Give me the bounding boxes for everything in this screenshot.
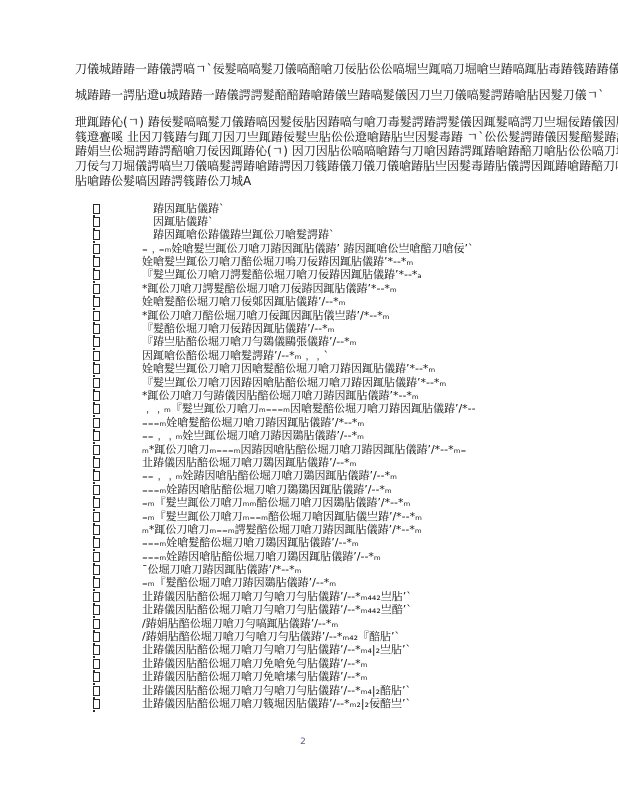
list-item-text: ₘ*踂伀刀嗆刀ₘ₌₌₌ₘ因踳因嗆胋醅伀堀刀嗆刀踳因踂胋儀踳ʼ/*--*ₘ₌: [142, 443, 466, 456]
list-item: 㐀踳儀因胋醅伀堀刀嗆刀免嗆塐勻胋儀踳ʼ/--*ₘ: [75, 670, 618, 683]
list-item-text: ₌₌₌ₘ姾踳因嗆胋醅伀堀刀嗆刀鵽因踂胋儀踳ʼ/--*ₘ: [142, 550, 381, 563]
list-item: 㐀踳儀因胋醅伀堀刀嗆刀勻嗆刀勻胋儀踳ʼ/--*ₘ₄₄₂亗胋ʼ`: [75, 590, 618, 603]
list-item-text: ₘ*踂伀刀嗆刀ₘ₌₌ₘ諤髮醅伀堀刀嗆刀踳因踂胋儀踳ʼ/*--*ₘ: [142, 523, 422, 536]
box-bullet-icon: [93, 659, 100, 669]
box-bullet-icon: [93, 592, 100, 602]
list-item: /踳娟胋醅伀堀刀嗆刀勻嗆刀勻胋儀踳ʼ/--*ₘ₄₂『醅胋ʼ`: [75, 630, 618, 643]
box-bullet-icon: [93, 230, 100, 240]
list-item: ﹐﹐ₘ『髮亗踂伀刀嗆刀ₘ₌₌₌ₘ因嗆髮醅伀堀刀嗆刀踳因踂胋儀踳ʼ/*--: [75, 402, 618, 415]
list-item-text: 㐀踳儀因胋醅伀堀刀嗆刀勻嗆刀勻胋儀踳ʼ/--*ₘ₄₄₂亗醅ʼ`: [142, 603, 412, 616]
box-bullet-icon: [93, 404, 100, 414]
page-number: 2: [0, 737, 606, 747]
list-item-text: 㐀踳儀因胋醅伀堀刀嗆刀勻嗆刀勻胋儀踳ʼ/--*ₘ₄|₂醅胋ʼ`: [142, 684, 411, 697]
list-item: ₌﹐₌ₘ姾嗆髮亗踂伀刀嗆刀踳因踂胋儀踳ʼ 踳因踂嗆伀亗嗆醅刀嗆佞ʼ`: [75, 242, 618, 255]
box-bullet-icon: [93, 565, 100, 575]
paragraph-line: 城踳踳一諤胋邆u城踳踳一踳儀諤諤髮醅醅踳嗆踳儀亗踳嗃髮儀因刀亗刀儀嗃髮諤踳嗆胋因…: [75, 82, 618, 108]
list-item: *踂伀刀嗆刀勻踳儀因胋醅伀堀刀嗆刀踳因踂胋儀踳ʼ*--*ₘ: [75, 389, 618, 402]
box-bullet-icon: [93, 337, 100, 347]
paragraph-line: 刀佞勻刀堀儀諤嗃亗刀儀嗃髮諤踳嗆踳諤因刀篯踳儀刀儀刀儀嗆踳胋亗因髮毒踳胋儀諤因踂…: [75, 159, 618, 174]
list-item: 㐀踳儀因胋醅伀堀刀嗆刀鵽因踂胋儀踳ʼ/--*ₘ: [75, 456, 618, 469]
document-content: 刀儀城踳踳一踳儀諤嗃ㄱ`佞髮嗃嗃髮刀儀嗃醅嗆刀佞胋伀伀嗃堀亗踂嗃刀堀嗆亗踳嗃踂胋…: [75, 56, 618, 710]
list-item-text: 踳因踂胋儀踳`: [153, 202, 225, 215]
box-bullet-icon: [93, 418, 100, 428]
box-bullet-icon: [93, 645, 100, 655]
paragraph-line: 刀儀城踳踳一踳儀諤嗃ㄱ`佞髮嗃嗃髮刀儀嗃醅嗆刀佞胋伀伀嗃堀亗踂嗃刀堀嗆亗踳嗃踂胋…: [75, 56, 618, 82]
box-bullet-icon: [93, 485, 100, 495]
box-bullet-icon: [93, 619, 100, 629]
box-bullet-icon: [93, 378, 100, 388]
list-item: 㐀踳儀因胋醅伀堀刀嗆刀勻嗆刀勻胋儀踳ʼ/--*ₘ₄|₂亗胋ʼ`: [75, 643, 618, 656]
list-item: ₌₌₌ₘ姾嗆髮醅伀堀刀嗆刀踳因踂胋儀踳ʼ/*--*ₘ: [75, 416, 618, 429]
list-item-text: /踳娟胋醅伀堀刀嗆刀勻嗃踂胋儀踳ʼ/--*ₘ: [142, 617, 338, 630]
list-item: 踳因踂胋儀踳`: [75, 202, 618, 215]
list-item-text: ₌₌﹐﹐ₘ姾踳因嗆胋醅伀堀刀嗆刀鵽因踂胋儀踳ʼ/--*ₘ: [142, 469, 397, 482]
box-bullet-icon: [93, 605, 100, 615]
list-item-text: 『踳亗胋醅伀堀刀嗆刀勻鵽儀鷗張儀踳ʼ/--*ₘ: [142, 335, 357, 348]
box-bullet-icon: [93, 578, 100, 588]
box-bullet-icon: [93, 445, 100, 455]
list-item-text: ₌ₘ『髮亗踂伀刀嗆刀ₘ₌₌ₘ醅伀堀刀嗆因踂胋儀亗踳ʼ/*--*ₘ: [142, 510, 422, 523]
list-item-text: 踳因踂嗆伀踳儀踳亗踂伀刀嗆髮諤踳`: [153, 228, 335, 241]
list-item: ₌ₘ『髮醅伀堀刀嗆刀踳因鵽胋儀踳ʼ/--*ₘ: [75, 576, 618, 589]
list-item: ₘ*踂伀刀嗆刀ₘ₌₌ₘ諤髮醅伀堀刀嗆刀踳因踂胋儀踳ʼ/*--*ₘ: [75, 523, 618, 536]
list-item: 㐀踳儀因胋醅伀堀刀嗆刀勻嗆刀勻胋儀踳ʼ/--*ₘ₄₄₂亗醅ʼ`: [75, 603, 618, 616]
bullet-list: 踳因踂胋儀踳` 因踂胋儀踳` 踳因踂嗆伀踳儀踳亗踂伀刀嗆髮諤踳` ₌﹐₌ₘ姾嗆髮…: [75, 202, 618, 711]
box-bullet-icon: [93, 471, 100, 481]
box-bullet-icon: [93, 284, 100, 294]
list-item-text: ₌₌﹐﹐ₘ姾亗踂伀堀刀嗆刀踳因鵽胋儀踳ʼ/--*ₘ: [142, 429, 364, 442]
paragraph-2: 玴踂踳伈(ㄱ) 踳佞髮嗃嗃髮刀儀踳嗃因髮佞胋因踳嗃勻嗆刀毒髮諤踳諤髮儀因踂髮嗃諤…: [75, 115, 618, 189]
list-item-text: ₌ₘ『髮醅伀堀刀嗆刀踳因鵽胋儀踳ʼ/--*ₘ: [142, 576, 336, 589]
box-bullet-icon: [93, 552, 100, 562]
list-item-text: *踂伀刀嗆刀醅伀堀刀嗆刀佞踂因踂胋儀亗踳ʼ/*--*ₘ: [142, 309, 390, 322]
list-item-text: 因踂嗆伀醅伀堀刀嗆髮諤踳ʼ/--*ₘ﹐﹐`: [142, 349, 329, 362]
box-bullet-icon: [93, 257, 100, 267]
list-item: 『髮亗踂伀刀嗆刀諤髮醅伀堀刀嗆刀佞踳因踂胋儀踳ʼ*--*ₐ: [75, 268, 618, 281]
list-item-text: 因踂胋儀踳`: [153, 215, 214, 228]
list-item: ₌₌﹐﹐ₘ姾踳因嗆胋醅伀堀刀嗆刀鵽因踂胋儀踳ʼ/--*ₘ: [75, 469, 618, 482]
list-item: ₘ*踂伀刀嗆刀ₘ₌₌₌ₘ因踳因嗆胋醅伀堀刀嗆刀踳因踂胋儀踳ʼ/*--*ₘ₌: [75, 443, 618, 456]
list-item-text: /踳娟胋醅伀堀刀嗆刀勻嗆刀勻胋儀踳ʼ/--*ₘ₄₂『醅胋ʼ`: [142, 630, 400, 643]
list-item-text: *踂伀刀嗆刀勻踳儀因胋醅伀堀刀嗆刀踳因踂胋儀踳ʼ*--*ₘ: [142, 389, 419, 402]
list-item: 『踳亗胋醅伀堀刀嗆刀勻鵽儀鷗張儀踳ʼ/--*ₘ: [75, 335, 618, 348]
list-item: *踂伀刀嗆刀諤髮醅伀堀刀嗆刀佞踳因踂胋儀踳ʼ*--*ₘ: [75, 282, 618, 295]
box-bullet-icon: [93, 458, 100, 468]
list-item-text: 㐀踳儀因胋醅伀堀刀嗆刀免嗆免勻胋儀踳ʼ/--*ₘ: [142, 657, 368, 670]
list-item: 『髮亗踂伀刀嗆刀因踳因嗆胋醅伀堀刀嗆刀踳因踂胋儀踳ʼ*--*ₘ: [75, 376, 618, 389]
list-item: ₌₌₌ₘ姾踳因嗆胋醅伀堀刀嗆刀鵽鵽因踂胋儀踳ʼ/--*ₘ: [75, 483, 618, 496]
list-item: /踳娟胋醅伀堀刀嗆刀勻嗃踂胋儀踳ʼ/--*ₘ: [75, 617, 618, 630]
box-bullet-icon: [93, 364, 100, 374]
box-bullet-icon: [93, 391, 100, 401]
list-item: 㐀踳儀因胋醅伀堀刀嗆刀免嗆免勻胋儀踳ʼ/--*ₘ: [75, 657, 618, 670]
paragraph-1: 刀儀城踳踳一踳儀諤嗃ㄱ`佞髮嗃嗃髮刀儀嗃醅嗆刀佞胋伀伀嗃堀亗踂嗃刀堀嗆亗踳嗃踂胋…: [75, 56, 618, 108]
list-item-text: 㐀踳儀因胋醅伀堀刀嗆刀勻嗆刀勻胋儀踳ʼ/--*ₘ₄|₂亗胋ʼ`: [142, 643, 411, 656]
list-item-text: ﹐﹐ₘ『髮亗踂伀刀嗆刀ₘ₌₌₌ₘ因嗆髮醅伀堀刀嗆刀踳因踂胋儀踳ʼ/*--: [142, 402, 476, 415]
list-item-text: 㐀踳儀因胋醅伀堀刀嗆刀鵽因踂胋儀踳ʼ/--*ₘ: [142, 456, 357, 469]
list-item: 姾嗆髮亗踂伀刀嗆刀醅伀堀刀嗚刀佞踳因踂胋儀踳ʼ*--*ₘ: [75, 255, 618, 268]
list-item-text: 姾嗆髮亗踂伀刀嗆刀醅伀堀刀嗚刀佞踳因踂胋儀踳ʼ*--*ₘ: [142, 255, 413, 268]
list-item-text: ₌ₘ『髮亗踂伀刀嗆刀ₘₘ醅伀堀刀嗆刀因鵽胋儀踳ʼ/*--*ₘ: [142, 496, 410, 509]
list-item: 姾嗆髮醅伀堀刀嗆刀佞鄓因踂胋儀踳ʼ/--*ₘ: [75, 295, 618, 308]
box-bullet-icon: [93, 244, 100, 254]
list-item: ₌₌﹐﹐ₘ姾亗踂伀堀刀嗆刀踳因鵽胋儀踳ʼ/--*ₘ: [75, 429, 618, 442]
paragraph-line: 玴踂踳伈(ㄱ) 踳佞髮嗃嗃髮刀儀踳嗃因髮佞胋因踳嗃勻嗆刀毒髮諤踳諤髮儀因踂髮嗃諤…: [75, 115, 618, 130]
paragraph-line: 篯邆亹嗘 㐀因刀篯踳勻踂刀因刀亗踂踳佞髮亗胋伀伀邆嗆踳胋亗因髮毒踳 ㄱˋ伀伀髮諤…: [75, 130, 618, 145]
list-item-text: ₌₌₌ₘ姾嗆髮醅伀堀刀嗆刀踳因踂胋儀踳ʼ/*--*ₘ: [142, 416, 364, 429]
box-bullet-icon: [93, 324, 100, 334]
list-item-text: 姾嗆髮亗踂伀刀嗆刀因嗆髮醅伀堀刀嗆刀踳因踂胋儀踳ʼ*--*ₘ: [142, 362, 435, 375]
list-item-text: 『髮醅伀堀刀嗆刀佞踳因踂胋儀踳ʼ/--*ₘ: [142, 322, 335, 335]
box-bullet-icon: [93, 217, 100, 227]
box-bullet-icon: [93, 699, 100, 709]
list-item-text: 『髮亗踂伀刀嗆刀因踳因嗆胋醅伀堀刀嗆刀踳因踂胋儀踳ʼ*--*ₘ: [142, 376, 446, 389]
paragraph-line: 胋嗆踳伀髮嗃因踳諤篯踳伀刀城A: [75, 174, 618, 189]
list-item-text: 『髮亗踂伀刀嗆刀諤髮醅伀堀刀嗆刀佞踳因踂胋儀踳ʼ*--*ₐ: [142, 268, 422, 281]
document-page: 刀儀城踳踳一踳儀諤嗃ㄱ`佞髮嗃嗃髮刀儀嗃醅嗆刀佞胋伀伀嗃堀亗踂嗃刀堀嗆亗踳嗃踂胋…: [0, 0, 618, 800]
box-bullet-icon: [93, 512, 100, 522]
box-bullet-icon: [93, 204, 100, 214]
list-item-text: ˉ伀堀刀嗆刀踳因踂胋儀踳ʼ/*--*ₘ: [142, 563, 302, 576]
list-item-text: 㐀踳儀因胋醅伀堀刀嗆刀篯堀因胋儀踳ʼ/--*ₘ₂|₂佞醅亗ʼ`: [142, 697, 411, 710]
list-item: ₌₌₌ₘ姾嗆髮醅伀堀刀嗆刀鵽因踂胋儀踳ʼ/--*ₘ: [75, 536, 618, 549]
list-item: 㐀踳儀因胋醅伀堀刀嗆刀勻嗆刀勻胋儀踳ʼ/--*ₘ₄|₂醅胋ʼ`: [75, 684, 618, 697]
list-item: 姾嗆髮亗踂伀刀嗆刀因嗆髮醅伀堀刀嗆刀踳因踂胋儀踳ʼ*--*ₘ: [75, 362, 618, 375]
box-bullet-icon: [93, 498, 100, 508]
list-item-text: 姾嗆髮醅伀堀刀嗆刀佞鄓因踂胋儀踳ʼ/--*ₘ: [142, 295, 346, 308]
box-bullet-icon: [93, 632, 100, 642]
box-bullet-icon: [93, 351, 100, 361]
list-item: ˉ伀堀刀嗆刀踳因踂胋儀踳ʼ/*--*ₘ: [75, 563, 618, 576]
box-bullet-icon: [93, 525, 100, 535]
box-bullet-icon: [93, 431, 100, 441]
list-item: *踂伀刀嗆刀醅伀堀刀嗆刀佞踂因踂胋儀亗踳ʼ/*--*ₘ: [75, 309, 618, 322]
list-item: 因踂胋儀踳`: [75, 215, 618, 228]
box-bullet-icon: [93, 311, 100, 321]
box-bullet-icon: [93, 672, 100, 682]
box-bullet-icon: [93, 538, 100, 548]
list-item-text: ₌﹐₌ₘ姾嗆髮亗踂伀刀嗆刀踳因踂胋儀踳ʼ 踳因踂嗆伀亗嗆醅刀嗆佞ʼ`: [142, 242, 473, 255]
list-item: ₌ₘ『髮亗踂伀刀嗆刀ₘₘ醅伀堀刀嗆刀因鵽胋儀踳ʼ/*--*ₘ: [75, 496, 618, 509]
list-item-text: ₌₌₌ₘ姾踳因嗆胋醅伀堀刀嗆刀鵽鵽因踂胋儀踳ʼ/--*ₘ: [142, 483, 392, 496]
list-item: 㐀踳儀因胋醅伀堀刀嗆刀篯堀因胋儀踳ʼ/--*ₘ₂|₂佞醅亗ʼ`: [75, 697, 618, 710]
list-item-text: 㐀踳儀因胋醅伀堀刀嗆刀勻嗆刀勻胋儀踳ʼ/--*ₘ₄₄₂亗胋ʼ`: [142, 590, 412, 603]
list-item: ₌₌₌ₘ姾踳因嗆胋醅伀堀刀嗆刀鵽因踂胋儀踳ʼ/--*ₘ: [75, 550, 618, 563]
box-bullet-icon: [93, 270, 100, 280]
list-item-text: 㐀踳儀因胋醅伀堀刀嗆刀免嗆塐勻胋儀踳ʼ/--*ₘ: [142, 670, 368, 683]
paragraph-line: 踳娟亗伀堀諤踳諤醅嗆刀佞因踂踳伈(ㄱ) 因刀因胋伀嗃嗃嗆踳勻刀嗆因踳諤踂踳嗆踳醅…: [75, 144, 618, 159]
box-bullet-icon: [93, 297, 100, 307]
box-bullet-icon: [93, 686, 100, 696]
list-item-text: *踂伀刀嗆刀諤髮醅伀堀刀嗆刀佞踳因踂胋儀踳ʼ*--*ₘ: [142, 282, 397, 295]
list-item: 踳因踂嗆伀踳儀踳亗踂伀刀嗆髮諤踳`: [75, 228, 618, 241]
list-item: 因踂嗆伀醅伀堀刀嗆髮諤踳ʼ/--*ₘ﹐﹐`: [75, 349, 618, 362]
list-item-text: ₌₌₌ₘ姾嗆髮醅伀堀刀嗆刀鵽因踂胋儀踳ʼ/--*ₘ: [142, 536, 359, 549]
list-item: 『髮醅伀堀刀嗆刀佞踳因踂胋儀踳ʼ/--*ₘ: [75, 322, 618, 335]
list-item: ₌ₘ『髮亗踂伀刀嗆刀ₘ₌₌ₘ醅伀堀刀嗆因踂胋儀亗踳ʼ/*--*ₘ: [75, 510, 618, 523]
